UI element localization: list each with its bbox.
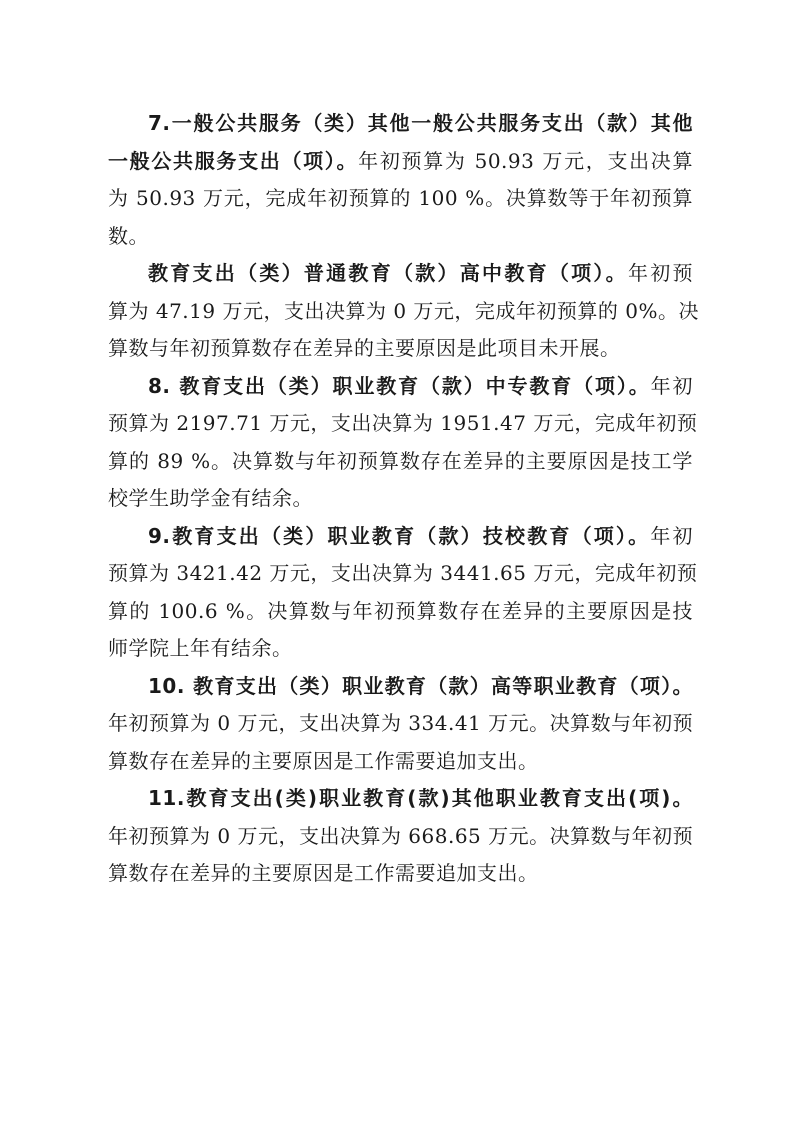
item-text: 预算为 3421.42 万元，支出决算为 3441.65 万元，完成年初预 xyxy=(108,561,697,585)
text-line: 教育支出（类）普通教育（款）高中教育（项）。年初预 xyxy=(108,255,693,293)
paragraph-item-11: 11.教育支出(类)职业教育(款)其他职业教育支出(项)。 年初预算为 0 万元… xyxy=(108,780,693,893)
item-text: 年初预算为 0 万元，支出决算为 668.65 万元。决算数与年初预 xyxy=(108,824,693,848)
text-line: 8. 教育支出（类）职业教育（款）中专教育（项）。年初 xyxy=(108,368,693,406)
text-line: 算数存在差异的主要原因是工作需要追加支出。 xyxy=(108,743,693,781)
item-heading: 8. 教育支出（类）职业教育（款）中专教育（项）。 xyxy=(148,374,651,398)
item-heading: 10. 教育支出（类）职业教育（款）高等职业教育（项）。 xyxy=(148,674,693,698)
text-line: 11.教育支出(类)职业教育(款)其他职业教育支出(项)。 xyxy=(108,780,693,818)
item-text: 年初 xyxy=(651,374,693,398)
paragraph-item-high-school: 教育支出（类）普通教育（款）高中教育（项）。年初预 算为 47.19 万元，支出… xyxy=(108,255,693,368)
item-text: 年初预算为 0 万元，支出决算为 334.41 万元。决算数与年初预 xyxy=(108,711,693,735)
text-line: 算数与年初预算数存在差异的主要原因是此项目未开展。 xyxy=(108,330,693,368)
paragraph-item-9: 9.教育支出（类）职业教育（款）技校教育（项）。年初 预算为 3421.42 万… xyxy=(108,518,693,668)
item-heading: 9.教育支出（类）职业教育（款）技校教育（项）。 xyxy=(148,524,650,548)
text-line: 7.一般公共服务（类）其他一般公共服务支出（款）其他 xyxy=(108,105,693,143)
text-line: 数。 xyxy=(108,218,693,256)
text-line: 算为 47.19 万元，支出决算为 0 万元，完成年初预算的 0%。决 xyxy=(108,293,693,331)
item-text: 算的 100.6 %。决算数与年初预算数存在差异的主要原因是技 xyxy=(108,599,693,623)
item-text: 数。 xyxy=(108,224,149,248)
text-line: 算的 89 %。决算数与年初预算数存在差异的主要原因是技工学 xyxy=(108,443,693,481)
text-line: 师学院上年有结余。 xyxy=(108,630,693,668)
text-line: 校学生助学金有结余。 xyxy=(108,480,693,518)
text-line: 9.教育支出（类）职业教育（款）技校教育（项）。年初 xyxy=(108,518,693,556)
paragraph-item-10: 10. 教育支出（类）职业教育（款）高等职业教育（项）。 年初预算为 0 万元，… xyxy=(108,668,693,781)
paragraph-item-8: 8. 教育支出（类）职业教育（款）中专教育（项）。年初 预算为 2197.71 … xyxy=(108,368,693,518)
item-text: 算数存在差异的主要原因是工作需要追加支出。 xyxy=(108,861,539,885)
item-text: 校学生助学金有结余。 xyxy=(108,486,313,510)
item-text: 年初预 xyxy=(628,261,693,285)
item-text: 算数与年初预算数存在差异的主要原因是此项目未开展。 xyxy=(108,336,621,360)
item-text: 为 50.93 万元，完成年初预算的 100 %。决算数等于年初预算 xyxy=(108,186,693,210)
text-line: 为 50.93 万元，完成年初预算的 100 %。决算数等于年初预算 xyxy=(108,180,693,218)
item-heading: 一般公共服务支出（项）。 xyxy=(108,149,358,173)
item-heading: 教育支出（类）普通教育（款）高中教育（项）。 xyxy=(148,261,628,285)
text-line: 10. 教育支出（类）职业教育（款）高等职业教育（项）。 xyxy=(108,668,693,706)
text-line: 一般公共服务支出（项）。年初预算为 50.93 万元，支出决算 xyxy=(108,143,693,181)
text-line: 算的 100.6 %。决算数与年初预算数存在差异的主要原因是技 xyxy=(108,593,693,631)
item-heading: 11.教育支出(类)职业教育(款)其他职业教育支出(项)。 xyxy=(148,786,693,810)
text-line: 预算为 3421.42 万元，支出决算为 3441.65 万元，完成年初预 xyxy=(108,555,693,593)
item-text: 年初预算为 50.93 万元，支出决算 xyxy=(358,149,693,173)
text-line: 年初预算为 0 万元，支出决算为 334.41 万元。决算数与年初预 xyxy=(108,705,693,743)
document-page: 7.一般公共服务（类）其他一般公共服务支出（款）其他 一般公共服务支出（项）。年… xyxy=(108,105,693,893)
item-text: 算为 47.19 万元，支出决算为 0 万元，完成年初预算的 0%。决 xyxy=(108,299,699,323)
item-heading: 7.一般公共服务（类）其他一般公共服务支出（款）其他 xyxy=(148,111,693,135)
item-text: 算的 89 %。决算数与年初预算数存在差异的主要原因是技工学 xyxy=(108,449,693,473)
text-line: 年初预算为 0 万元，支出决算为 668.65 万元。决算数与年初预 xyxy=(108,818,693,856)
item-text: 年初 xyxy=(650,524,693,548)
text-line: 算数存在差异的主要原因是工作需要追加支出。 xyxy=(108,855,693,893)
text-line: 预算为 2197.71 万元，支出决算为 1951.47 万元，完成年初预 xyxy=(108,405,693,443)
item-text: 预算为 2197.71 万元，支出决算为 1951.47 万元，完成年初预 xyxy=(108,411,697,435)
item-text: 算数存在差异的主要原因是工作需要追加支出。 xyxy=(108,749,539,773)
item-text: 师学院上年有结余。 xyxy=(108,636,293,660)
paragraph-item-7: 7.一般公共服务（类）其他一般公共服务支出（款）其他 一般公共服务支出（项）。年… xyxy=(108,105,693,255)
